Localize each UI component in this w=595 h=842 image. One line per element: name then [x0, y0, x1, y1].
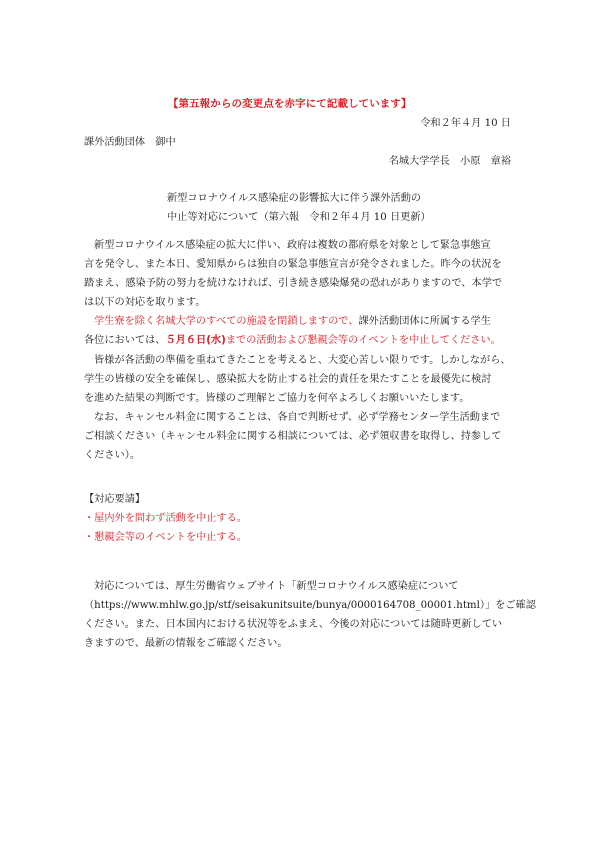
requests-section: 【対応要請】 ・屋内外を問わず活動を中止する。 ・懇親会等のイベントを中止する。 — [84, 490, 247, 547]
facility-closure-notice: 学生寮を除く名城大学のすべての施設を閉鎖しますので、 — [94, 316, 358, 327]
paragraph-3: 皆様が各活動の準備を重ねてきたことを考えると、大変心苦しい限りです。しかしながら… — [84, 351, 514, 408]
paragraph-2: 学生寮を除く名城大学のすべての施設を閉鎖しますので、課外活動団体に所属する学生 … — [84, 312, 514, 350]
paragraph-4: なお、キャンセル料金に関することは、各自で判断せず、必ず学務センター学生活動まで… — [84, 408, 514, 465]
issue-date: 令和２年４月 10 日 — [420, 114, 511, 129]
footer-line: 対応については、厚生労働省ウェブサイト「新型コロナウイルス感染症について — [84, 577, 514, 596]
document-title: 新型コロナウイルス感染症の影響拡大に伴う課外活動の 中止等対応について（第六報 … — [167, 189, 431, 227]
title-line-1: 新型コロナウイルス感染症の影響拡大に伴う課外活動の — [167, 189, 431, 208]
p1-line: 言を発令し、また本日、愛知県からは独自の緊急事態宣言が発令されました。昨今の状況… — [84, 255, 514, 274]
request-item: ・懇親会等のイベントを中止する。 — [84, 528, 247, 547]
request-item: ・屋内外を問わず活動を中止する。 — [84, 509, 247, 528]
suspension-notice: までの活動および懇親会等のイベントを中止してください。 — [226, 335, 501, 346]
requests-heading: 【対応要請】 — [84, 490, 247, 509]
footer-link-line[interactable]: （https://www.mhlw.go.jp/stf/seisakunitsu… — [84, 596, 514, 615]
addressee: 課外活動団体 御中 — [84, 133, 176, 148]
p1-line: 踏まえ、感染予防の努力を続けなければ、引き続き感染爆発の恐れがありますので、本学… — [84, 274, 514, 293]
sender: 名城大学学長 小原 章裕 — [389, 152, 511, 167]
footer-text: 対応については、厚生労働省ウェブサイト「新型コロナウイルス感染症について （ht… — [84, 577, 514, 653]
p3-line: 学生の皆様の安全を確保し、感染拡大を防止する社会的責任を果たすことを最優先に検討 — [84, 370, 514, 389]
body-text: 新型コロナウイルス感染症の拡大に伴い、政府は複数の都府県を対象として緊急事態宣 … — [84, 236, 514, 465]
p1-line: は以下の対応を取ります。 — [84, 293, 514, 312]
p4-line: ください）。 — [84, 446, 514, 465]
change-notice: 【第五報からの変更点を赤字にて記載しています】 — [168, 95, 412, 110]
title-line-2: 中止等対応について（第六報 令和２年４月 10 日更新） — [167, 208, 431, 227]
p2-line2-prefix: 各位においては、 — [84, 335, 166, 346]
p4-line: ご相談ください（キャンセル料金に関する相談については、必ず領収書を取得し、持参し… — [84, 427, 514, 446]
p4-line: なお、キャンセル料金に関することは、各自で判断せず、必ず学務センター学生活動まで — [84, 408, 514, 427]
p1-line: 新型コロナウイルス感染症の拡大に伴い、政府は複数の都府県を対象として緊急事態宣 — [84, 236, 514, 255]
p2-black-text: 課外活動団体に所属する学生 — [358, 316, 490, 327]
footer-line: きますので、最新の情報をご確認ください。 — [84, 634, 514, 653]
footer-line: ください。また、日本国内における状況等をふまえ、今後の対応については随時更新して… — [84, 615, 514, 634]
p3-line: を進めた結果の判断です。皆様のご理解とご協力を何卒よろしくお願いいたします。 — [84, 389, 514, 408]
deadline-date: ５月６日(水) — [166, 335, 226, 346]
p3-line: 皆様が各活動の準備を重ねてきたことを考えると、大変心苦しい限りです。しかしながら… — [84, 351, 514, 370]
paragraph-1: 新型コロナウイルス感染症の拡大に伴い、政府は複数の都府県を対象として緊急事態宣 … — [84, 236, 514, 312]
